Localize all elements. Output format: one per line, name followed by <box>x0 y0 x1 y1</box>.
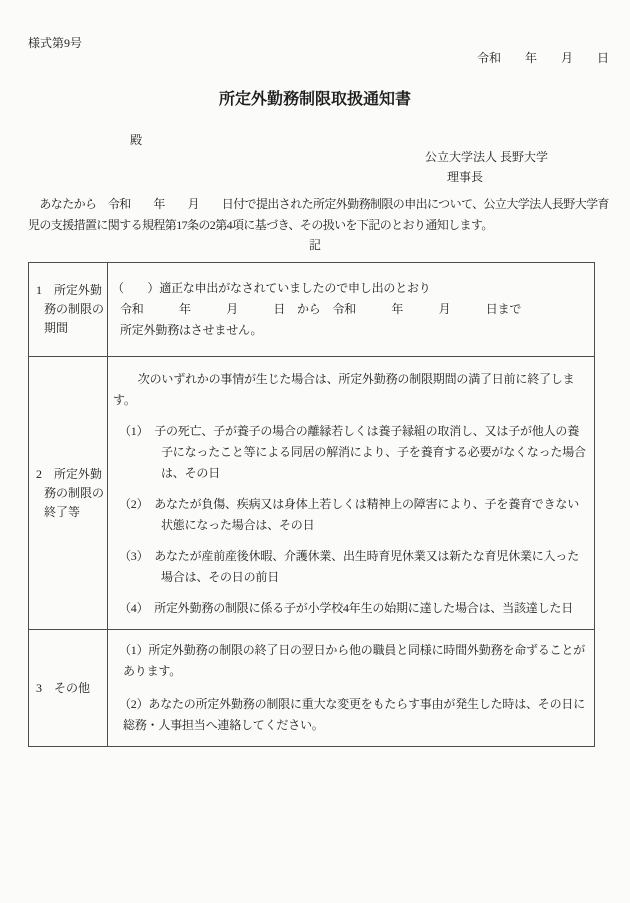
row-content-cell: （ ）適正な申出がなされていましたので申し出のとおり 令和 年 月 日 から 令… <box>108 263 594 356</box>
record-marker: 記 <box>0 236 630 253</box>
row-label-cell: 1 所定外勤務の制限の期間 <box>29 263 108 356</box>
document-title: 所定外勤務制限取扱通知書 <box>0 86 630 109</box>
form-number: 様式第9号 <box>28 34 82 51</box>
row-content-cell: （1）所定外勤務の制限の終了日の翌日から他の職員と同様に時間外勤務を命ずることが… <box>108 630 594 746</box>
table-row-restriction-period: 1 所定外勤務の制限の期間 （ ）適正な申出がなされていましたので申し出のとおり… <box>29 263 594 357</box>
row-label: 1 所定外勤務の制限の期間 <box>29 281 107 338</box>
termination-item-2: （2） あなたが負傷、疾病又は身体上若しくは精神上の障害により、子を養育できない… <box>113 494 588 536</box>
issue-date-line: 令和 年 月 日 <box>477 49 609 66</box>
termination-intro: 次のいずれかの事情が生じた場合は、所定外勤務の制限期間の満了日前に終了します。 <box>113 369 588 411</box>
row-label-cell: 2 所定外勤務の制限の終了等 <box>29 357 108 629</box>
row-label-cell: 3 その他 <box>29 630 108 746</box>
period-statement-line: 所定外勤務はさせません。 <box>112 320 588 341</box>
period-date-range-line: 令和 年 月 日 から 令和 年 月 日まで <box>112 299 588 320</box>
other-item-1: （1）所定外勤務の制限の終了日の翌日から他の職員と同様に時間外勤務を命ずることが… <box>113 640 588 682</box>
table-row-other: 3 その他 （1）所定外勤務の制限の終了日の翌日から他の職員と同様に時間外勤務を… <box>29 630 594 746</box>
notification-body: あなたから 令和 年 月 日付で提出された所定外勤務制限の申出について、公立大学… <box>28 194 609 236</box>
row-label: 2 所定外勤務の制限の終了等 <box>29 465 107 522</box>
row-content-cell: 次のいずれかの事情が生じた場合は、所定外勤務の制限期間の満了日前に終了します。 … <box>108 357 594 629</box>
notification-body-line-1: あなたから 令和 年 月 日付で提出された所定外勤務制限の申出について、公立大学… <box>28 194 609 215</box>
other-item-2: （2）あなたの所定外勤務の制限に重大な変更をもたらす事由が発生した時は、その日に… <box>113 694 588 736</box>
termination-item-1: （1） 子の死亡、子が養子の場合の離縁若しくは養子縁組の取消し、又は子が他人の養… <box>113 421 588 484</box>
notification-table: 1 所定外勤務の制限の期間 （ ）適正な申出がなされていましたので申し出のとおり… <box>28 262 595 747</box>
termination-item-3: （3） あなたが産前産後休暇、介護休業、出生時育児休業又は新たな育児休業に入った… <box>113 546 588 588</box>
period-approval-line: （ ）適正な申出がなされていましたので申し出のとおり <box>112 278 588 299</box>
addressee-honorific: 殿 <box>130 131 142 148</box>
notification-body-line-2: 児の支援措置に関する規程第17条の2第4項に基づき、その扱いを下記のとおり通知し… <box>28 215 609 236</box>
table-row-restriction-termination: 2 所定外勤務の制限の終了等 次のいずれかの事情が生じた場合は、所定外勤務の制限… <box>29 357 594 630</box>
termination-item-4: （4） 所定外勤務の制限に係る子が小学校4年生の始期に達した場合は、当該達した日 <box>113 598 588 619</box>
document-page: 様式第9号 令和 年 月 日 所定外勤務制限取扱通知書 殿 公立大学法人 長野大… <box>0 0 630 903</box>
issuer-title: 理事長 <box>447 168 483 185</box>
issuer-organization: 公立大学法人 長野大学 <box>425 148 548 165</box>
row-label: 3 その他 <box>29 679 92 698</box>
